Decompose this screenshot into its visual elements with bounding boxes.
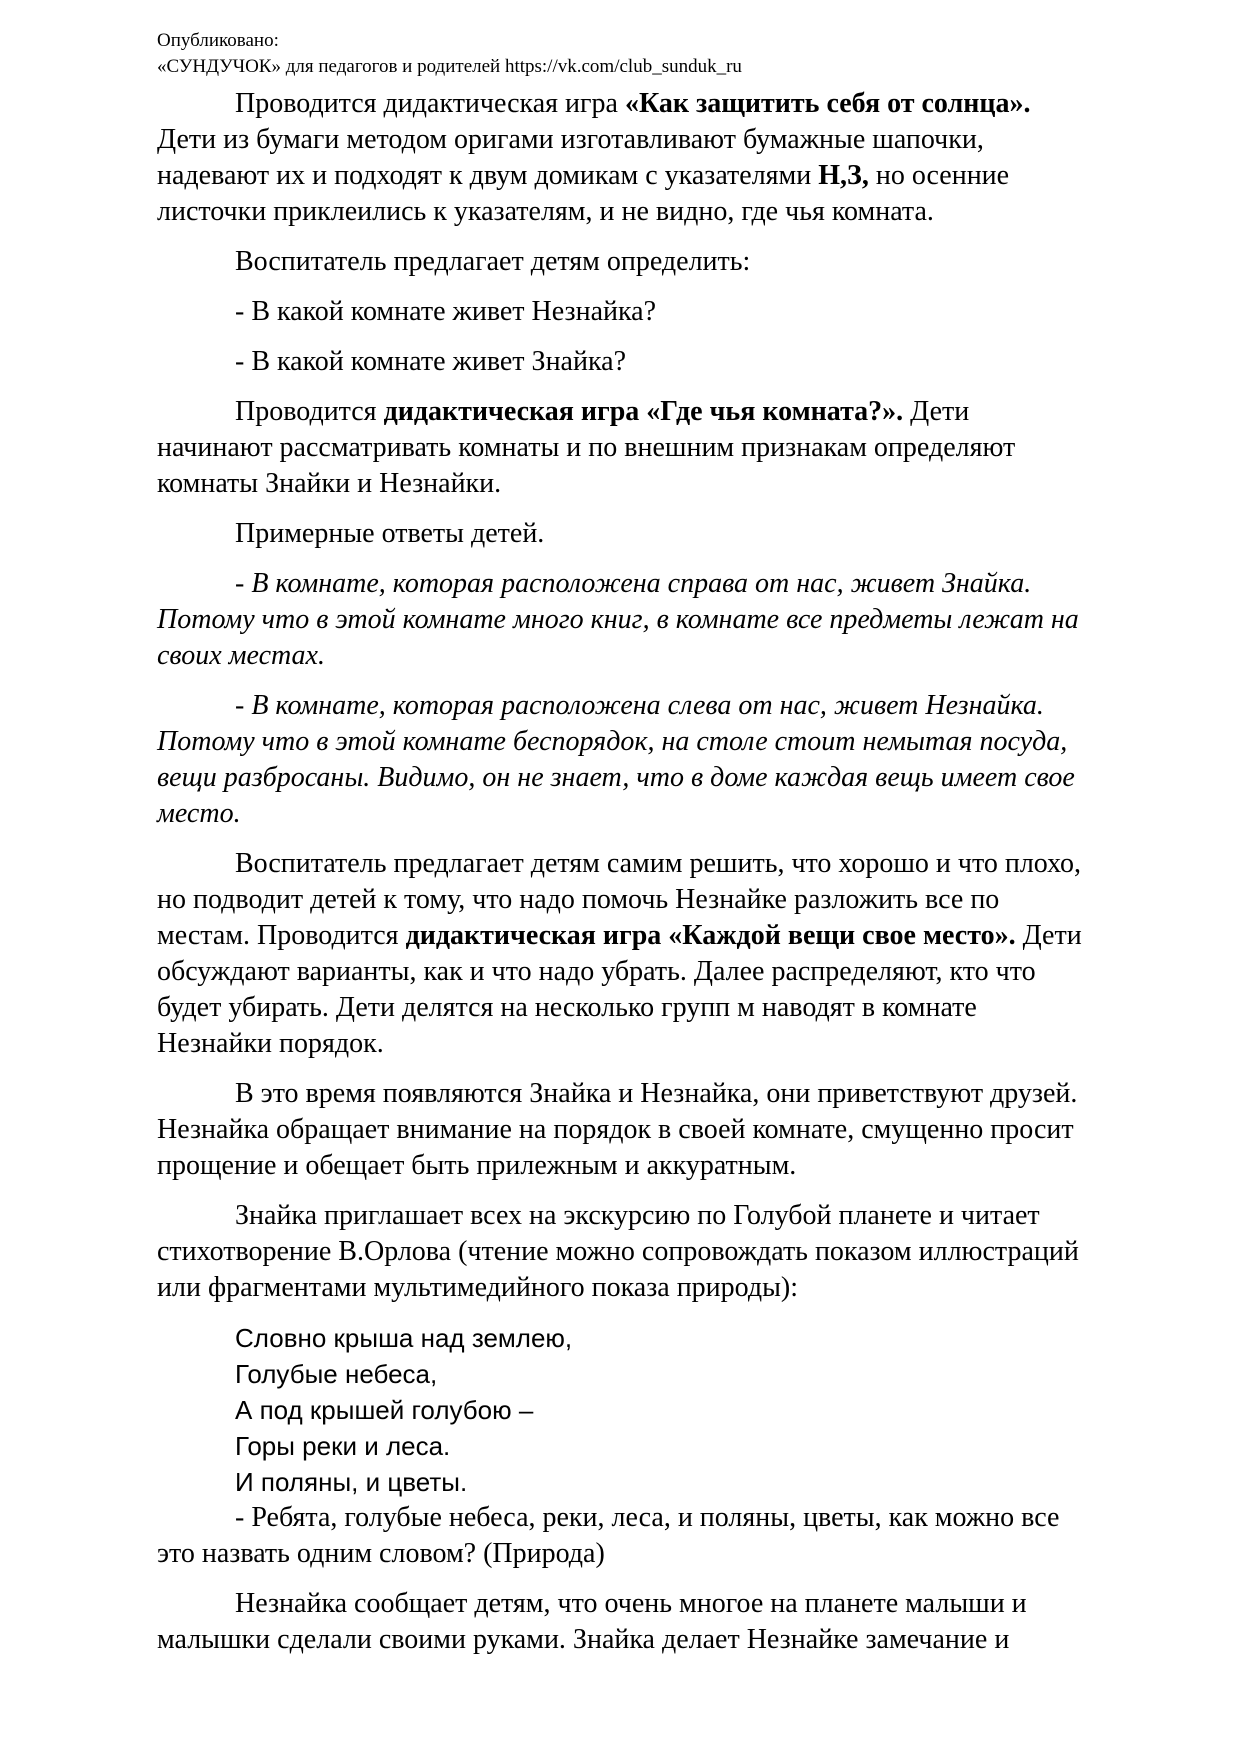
text-run: В это время появляются Знайка и Незнайка… xyxy=(157,1078,1077,1181)
text-run: - В какой комнате живет Незнайка? xyxy=(235,296,656,327)
text-run: - В комнате, которая расположена слева о… xyxy=(157,690,1075,829)
paragraph: Знайка приглашает всех на экскурсию по Г… xyxy=(157,1198,1087,1306)
poem-line: Словно крыша над землею, xyxy=(235,1320,1087,1356)
published-source-line: «СУНДУЧОК» для педагогов и родителей htt… xyxy=(157,54,1087,80)
text-run: Знайка приглашает всех на экскурсию по Г… xyxy=(157,1200,1079,1303)
text-run: «Как защитить себя от солнца». xyxy=(625,88,1031,119)
published-header: Опубликовано: «СУНДУЧОК» для педагогов и… xyxy=(157,28,1087,80)
text-run: дидактическая игра «Где чья комната?». xyxy=(384,396,904,427)
text-run: И поляны, и цветы. xyxy=(235,1467,467,1497)
paragraph: Проводится дидактическая игра «Как защит… xyxy=(157,86,1087,230)
text-run: Горы реки и леса. xyxy=(235,1431,450,1461)
paragraph: В это время появляются Знайка и Незнайка… xyxy=(157,1076,1087,1184)
published-label: Опубликовано: xyxy=(157,28,1087,54)
paragraph: Примерные ответы детей. xyxy=(157,516,1087,552)
paragraph: - В какой комнате живет Знайка? xyxy=(157,344,1087,380)
paragraph: - Ребята, голубые небеса, реки, леса, и … xyxy=(157,1500,1087,1572)
text-run: Голубые небеса, xyxy=(235,1359,437,1389)
document-body: Проводится дидактическая игра «Как защит… xyxy=(157,86,1087,1658)
text-run: Проводится xyxy=(235,396,384,427)
text-run: - Ребята, голубые небеса, реки, леса, и … xyxy=(157,1502,1059,1569)
paragraph: - В какой комнате живет Незнайка? xyxy=(157,294,1087,330)
text-run: - В комнате, которая расположена справа … xyxy=(157,568,1079,671)
paragraph: Воспитатель предлагает детям самим решит… xyxy=(157,846,1087,1062)
paragraph: Проводится дидактическая игра «Где чья к… xyxy=(157,394,1087,502)
text-run: А под крышей голубою – xyxy=(235,1395,533,1425)
paragraph: Незнайка сообщает детям, что очень много… xyxy=(157,1586,1087,1658)
text-run: Проводится дидактическая игра xyxy=(235,88,625,119)
poem-line: Горы реки и леса. xyxy=(235,1428,1087,1464)
text-run: дидактическая игра «Каждой вещи свое мес… xyxy=(406,920,1016,951)
text-run: Воспитатель предлагает детям определить: xyxy=(235,246,750,277)
text-run: Примерные ответы детей. xyxy=(235,518,544,549)
text-run: Незнайка сообщает детям, что очень много… xyxy=(157,1588,1027,1655)
document-page: Опубликовано: «СУНДУЧОК» для педагогов и… xyxy=(0,0,1240,1754)
text-run: - В какой комнате живет Знайка? xyxy=(235,346,626,377)
paragraph: - В комнате, которая расположена слева о… xyxy=(157,688,1087,832)
poem-line: А под крышей голубою – xyxy=(235,1392,1087,1428)
text-run: Н,З, xyxy=(818,160,869,191)
poem-line: Голубые небеса, xyxy=(235,1356,1087,1392)
paragraph: - В комнате, которая расположена справа … xyxy=(157,566,1087,674)
text-run: Словно крыша над землею, xyxy=(235,1323,572,1353)
paragraph: Воспитатель предлагает детям определить: xyxy=(157,244,1087,280)
poem-line: И поляны, и цветы. xyxy=(235,1464,1087,1500)
